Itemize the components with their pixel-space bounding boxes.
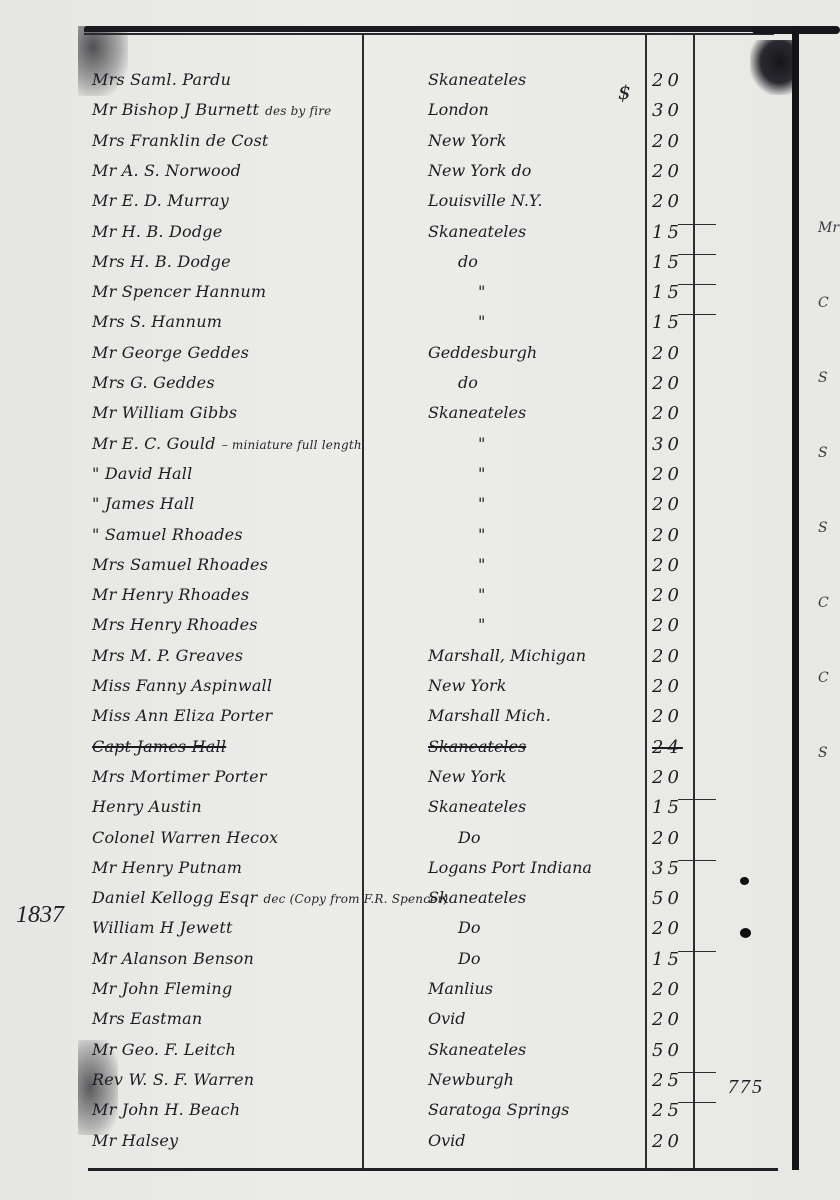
entry-name: Miss Ann Eliza Porter: [92, 706, 452, 725]
entry-place: Skaneateles: [428, 1040, 648, 1059]
entry-name-text: " Samuel Rhoades: [92, 525, 243, 544]
tally-tick-mark: [678, 799, 716, 800]
entry-name-text: Colonel Warren Hecox: [92, 828, 278, 847]
entry-name-text: Mr Geo. F. Leitch: [92, 1040, 236, 1059]
binding-ink-blot: [750, 40, 792, 95]
ledger-entry: Mrs Samuel Rhoades"20: [78, 555, 778, 585]
entry-amount: 15: [652, 312, 692, 333]
entry-amount: 20: [652, 494, 692, 515]
entry-name: Mr Spencer Hannum: [92, 282, 452, 301]
adjacent-page-fragment: S: [818, 370, 828, 386]
tally-tick-mark: [678, 284, 716, 285]
entry-name: Mrs G. Geddes: [92, 373, 452, 392]
ledger-entry: Mr Henry Rhoades"20: [78, 585, 778, 615]
tally-tick-mark: [678, 224, 716, 225]
ink-dot: [740, 928, 751, 938]
entry-amount: 20: [652, 131, 692, 152]
entry-place: Louisville N.Y.: [428, 191, 648, 210]
entry-name: Mrs Samuel Rhoades: [92, 555, 452, 574]
entry-place: Do: [458, 918, 678, 937]
entry-place: Skaneateles: [428, 222, 648, 241]
entry-name: Mr William Gibbs: [92, 403, 452, 422]
entry-place: Manlius: [428, 979, 648, 998]
total-annotation: 775: [728, 1076, 764, 1099]
entry-name-text: Mrs G. Geddes: [92, 373, 215, 392]
entry-amount: 20: [652, 1009, 692, 1030]
ledger-entry: Mr E. C. Gould– miniature full length"30: [78, 434, 778, 464]
entry-name: Mrs M. P. Greaves: [92, 646, 452, 665]
margin-year: 1837: [16, 902, 64, 929]
ledger-entry: Mr Geo. F. LeitchSkaneateles50: [78, 1040, 778, 1070]
ledger-entry: Henry AustinSkaneateles15: [78, 797, 778, 827]
entry-name-text: Mrs Henry Rhoades: [92, 615, 258, 634]
ledger-entry: Mr George GeddesGeddesburgh20: [78, 343, 778, 373]
entry-amount: 20: [652, 585, 692, 606]
entry-amount: 24: [652, 737, 692, 758]
entry-name-text: William H Jewett: [92, 918, 233, 937]
entry-amount: 20: [652, 70, 692, 91]
ledger-entry: Mr H. B. DodgeSkaneateles15: [78, 222, 778, 252]
entry-name-text: Mr E. C. Gould: [92, 434, 216, 453]
entry-name: Henry Austin: [92, 797, 452, 816]
entry-note: dec (Copy from F.R. Spencer): [263, 892, 448, 906]
adjacent-page-fragment: C: [818, 295, 829, 311]
entry-place: New York do: [428, 161, 648, 180]
entry-name: Mr Henry Putnam: [92, 858, 452, 877]
entry-amount: 20: [652, 676, 692, 697]
entry-name-text: Mrs Eastman: [92, 1009, 202, 1028]
entry-name-text: Mrs Mortimer Porter: [92, 767, 267, 786]
tally-tick-mark: [678, 254, 716, 255]
ledger-entry: Mrs Saml. ParduSkaneateles20: [78, 70, 778, 100]
entry-place: do: [458, 252, 678, 271]
entry-name: Mr A. S. Norwood: [92, 161, 452, 180]
entry-name-text: Mr Bishop J Burnett: [92, 100, 259, 119]
entry-name: Mr John H. Beach: [92, 1100, 452, 1119]
entry-name-text: Mrs Franklin de Cost: [92, 131, 269, 150]
ledger-entry: Mrs Mortimer PorterNew York20: [78, 767, 778, 797]
ledger-entry: Mr E. D. MurrayLouisville N.Y.20: [78, 191, 778, 221]
entry-name: Daniel Kellogg Esqrdec (Copy from F.R. S…: [92, 888, 452, 907]
ledger-entry: Miss Fanny AspinwallNew York20: [78, 676, 778, 706]
ledger-entry: Mr John FlemingManlius20: [78, 979, 778, 1009]
entry-name: Mr Alanson Benson: [92, 949, 452, 968]
entry-name: Mr Bishop J Burnettdes by fire: [92, 100, 452, 119]
entry-place: New York: [428, 676, 648, 695]
adjacent-page-fragment: S: [818, 445, 828, 461]
ledger-top-rule: [84, 26, 774, 32]
entry-place: Ovid: [428, 1009, 648, 1028]
entry-place: Saratoga Springs: [428, 1100, 648, 1119]
adjacent-page-fragment: C: [818, 670, 829, 686]
entry-name-text: Henry Austin: [92, 797, 202, 816]
tally-tick-mark: [678, 951, 716, 952]
ledger-entry: Mr Spencer Hannum"15: [78, 282, 778, 312]
entry-amount: 25: [652, 1070, 692, 1091]
entry-amount: 20: [652, 828, 692, 849]
entry-name-text: Mr John Fleming: [92, 979, 232, 998]
entry-amount: 20: [652, 191, 692, 212]
entry-name-text: Mrs Samuel Rhoades: [92, 555, 268, 574]
entry-name-text: Mr A. S. Norwood: [92, 161, 241, 180]
entry-name-text: " James Hall: [92, 494, 194, 513]
entry-amount: 20: [652, 767, 692, 788]
entry-amount: 50: [652, 888, 692, 909]
entry-name: Mr Henry Rhoades: [92, 585, 452, 604]
entry-name: Mr George Geddes: [92, 343, 452, 362]
ledger-entry: Mrs G. Geddesdo20: [78, 373, 778, 403]
entry-name: Mr E. D. Murray: [92, 191, 452, 210]
entry-amount: 20: [652, 979, 692, 1000]
entry-name-text: Mr William Gibbs: [92, 403, 237, 422]
entry-name: " James Hall: [92, 494, 452, 513]
entry-name-text: Mr Spencer Hannum: [92, 282, 266, 301]
entry-name-text: Rev W. S. F. Warren: [92, 1070, 254, 1089]
entry-name-text: Mr Henry Rhoades: [92, 585, 249, 604]
entry-place: Logans Port Indiana: [428, 858, 648, 877]
entry-amount: 20: [652, 403, 692, 424]
entry-amount: 15: [652, 282, 692, 303]
entry-amount: 50: [652, 1040, 692, 1061]
entry-name: Mrs Franklin de Cost: [92, 131, 452, 150]
ledger-entry: Rev W. S. F. WarrenNewburgh25: [78, 1070, 778, 1100]
entry-name: Mr Geo. F. Leitch: [92, 1040, 452, 1059]
entry-name: Mrs Henry Rhoades: [92, 615, 452, 634]
entry-name-text: Mr John H. Beach: [92, 1100, 240, 1119]
entry-note: – miniature full length: [222, 438, 362, 452]
entry-name: Mrs H. B. Dodge: [92, 252, 452, 271]
entry-amount: 20: [652, 373, 692, 394]
entry-place: Ovid: [428, 1131, 648, 1150]
ink-dot: [740, 877, 749, 885]
ledger-entry: " David Hall"20: [78, 464, 778, 494]
entry-place: Skaneateles: [428, 70, 648, 89]
ledger-entry: " Samuel Rhoades"20: [78, 525, 778, 555]
entry-name-text: Mr Halsey: [92, 1131, 178, 1150]
entry-name: Mrs Saml. Pardu: [92, 70, 452, 89]
ledger-bottom-rule: [88, 1168, 778, 1171]
ledger-entry: Mr Alanson BensonDo15: [78, 949, 778, 979]
entry-name-text: " David Hall: [92, 464, 192, 483]
entry-name: Mr E. C. Gould– miniature full length: [92, 434, 452, 453]
entry-amount: 20: [652, 646, 692, 667]
entry-place: do: [458, 373, 678, 392]
entry-amount: 20: [652, 464, 692, 485]
entry-amount: 30: [652, 100, 692, 121]
entry-name: Mrs S. Hannum: [92, 312, 452, 331]
entry-amount: 20: [652, 525, 692, 546]
entry-amount: 35: [652, 858, 692, 879]
entry-name: Mrs Eastman: [92, 1009, 452, 1028]
ledger-entry: Miss Ann Eliza PorterMarshall Mich.20: [78, 706, 778, 736]
entry-name: Miss Fanny Aspinwall: [92, 676, 452, 695]
entry-name-text: Miss Ann Eliza Porter: [92, 706, 272, 725]
entry-amount: 20: [652, 1131, 692, 1152]
entry-place: Skaneateles: [428, 797, 648, 816]
entry-amount: 15: [652, 222, 692, 243]
entry-name-text: Mrs M. P. Greaves: [92, 646, 243, 665]
tally-tick-mark: [678, 1072, 716, 1073]
entry-name-text: Mrs S. Hannum: [92, 312, 222, 331]
entry-amount: 20: [652, 161, 692, 182]
entry-place: Skaneateles: [428, 737, 648, 756]
ledger-entry: Mr A. S. NorwoodNew York do20: [78, 161, 778, 191]
entry-name: William H Jewett: [92, 918, 452, 937]
entry-place: Newburgh: [428, 1070, 648, 1089]
entry-place: Do: [458, 949, 678, 968]
entry-name: Mr H. B. Dodge: [92, 222, 452, 241]
ledger-entry: Mrs S. Hannum"15: [78, 312, 778, 342]
entry-place: Geddesburgh: [428, 343, 648, 362]
adjacent-page-fragment: S: [818, 745, 828, 761]
entry-amount: 30: [652, 434, 692, 455]
ledger-page: $ Mrs Saml. ParduSkaneateles20Mr Bishop …: [78, 18, 780, 1176]
entry-name: Colonel Warren Hecox: [92, 828, 452, 847]
entry-name: " Samuel Rhoades: [92, 525, 452, 544]
ledger-entry: Mr Henry PutnamLogans Port Indiana35: [78, 858, 778, 888]
entry-place: Skaneateles: [428, 403, 648, 422]
entry-name: Rev W. S. F. Warren: [92, 1070, 452, 1089]
entry-amount: 20: [652, 706, 692, 727]
entry-amount: 20: [652, 918, 692, 939]
adjacent-page-fragment: Mr: [818, 220, 839, 236]
entry-name: Mrs Mortimer Porter: [92, 767, 452, 786]
entry-amount: 25: [652, 1100, 692, 1121]
entry-amount: 20: [652, 615, 692, 636]
binding-edge: [792, 30, 799, 1170]
entry-note: des by fire: [265, 104, 331, 118]
entry-name-text: Mr H. B. Dodge: [92, 222, 222, 241]
adjacent-page-edge: MrCSSSCCS: [808, 40, 840, 1170]
ledger-entry: Colonel Warren HecoxDo20: [78, 828, 778, 858]
ledger-entry: Mrs H. B. Dodgedo15: [78, 252, 778, 282]
entry-place: London: [428, 100, 648, 119]
ledger-entry: Mrs Henry Rhoades"20: [78, 615, 778, 645]
entry-amount: 15: [652, 949, 692, 970]
entry-name-text: Mr E. D. Murray: [92, 191, 229, 210]
entry-name-text: Mr George Geddes: [92, 343, 249, 362]
entry-place: Do: [458, 828, 678, 847]
ledger-entry: Capt James HallSkaneateles24: [78, 737, 778, 767]
entry-place: Marshall Mich.: [428, 706, 648, 725]
entry-name-text: Mrs H. B. Dodge: [92, 252, 231, 271]
tally-tick-mark: [678, 860, 716, 861]
ledger-entry: William H JewettDo20: [78, 918, 778, 948]
ledger-entry: " James Hall"20: [78, 494, 778, 524]
tally-tick-mark: [678, 314, 716, 315]
entry-place: Skaneateles: [428, 888, 648, 907]
entry-name-text: Daniel Kellogg Esqr: [92, 888, 257, 907]
ledger-entry: Mrs EastmanOvid20: [78, 1009, 778, 1039]
entry-name: Mr Halsey: [92, 1131, 452, 1150]
ledger-entry: Mrs M. P. GreavesMarshall, Michigan20: [78, 646, 778, 676]
ledger-entry: Mr John H. BeachSaratoga Springs25: [78, 1100, 778, 1130]
ledger-entry: Mr HalseyOvid20: [78, 1131, 778, 1161]
entry-amount: 15: [652, 797, 692, 818]
entry-name-text: Mr Henry Putnam: [92, 858, 242, 877]
entry-name-text: Miss Fanny Aspinwall: [92, 676, 272, 695]
entry-name: Capt James Hall: [92, 737, 452, 756]
entry-place: Marshall, Michigan: [428, 646, 648, 665]
entry-name-text: Mr Alanson Benson: [92, 949, 254, 968]
entry-name-text: Mrs Saml. Pardu: [92, 70, 231, 89]
tally-tick-mark: [678, 1102, 716, 1103]
ledger-entry: Mr Bishop J Burnettdes by fireLondon30: [78, 100, 778, 130]
entry-place: New York: [428, 131, 648, 150]
ledger-entry: Mrs Franklin de CostNew York20: [78, 131, 778, 161]
ledger-entry: Daniel Kellogg Esqrdec (Copy from F.R. S…: [78, 888, 778, 918]
adjacent-page-fragment: C: [818, 595, 829, 611]
entry-place: New York: [428, 767, 648, 786]
entry-amount: 20: [652, 343, 692, 364]
adjacent-page-fragment: S: [818, 520, 828, 536]
entry-name-text: Capt James Hall: [92, 737, 226, 756]
entry-amount: 20: [652, 555, 692, 576]
entry-amount: 15: [652, 252, 692, 273]
entry-name: Mr John Fleming: [92, 979, 452, 998]
entry-name: " David Hall: [92, 464, 452, 483]
ledger-entry: Mr William GibbsSkaneateles20: [78, 403, 778, 433]
